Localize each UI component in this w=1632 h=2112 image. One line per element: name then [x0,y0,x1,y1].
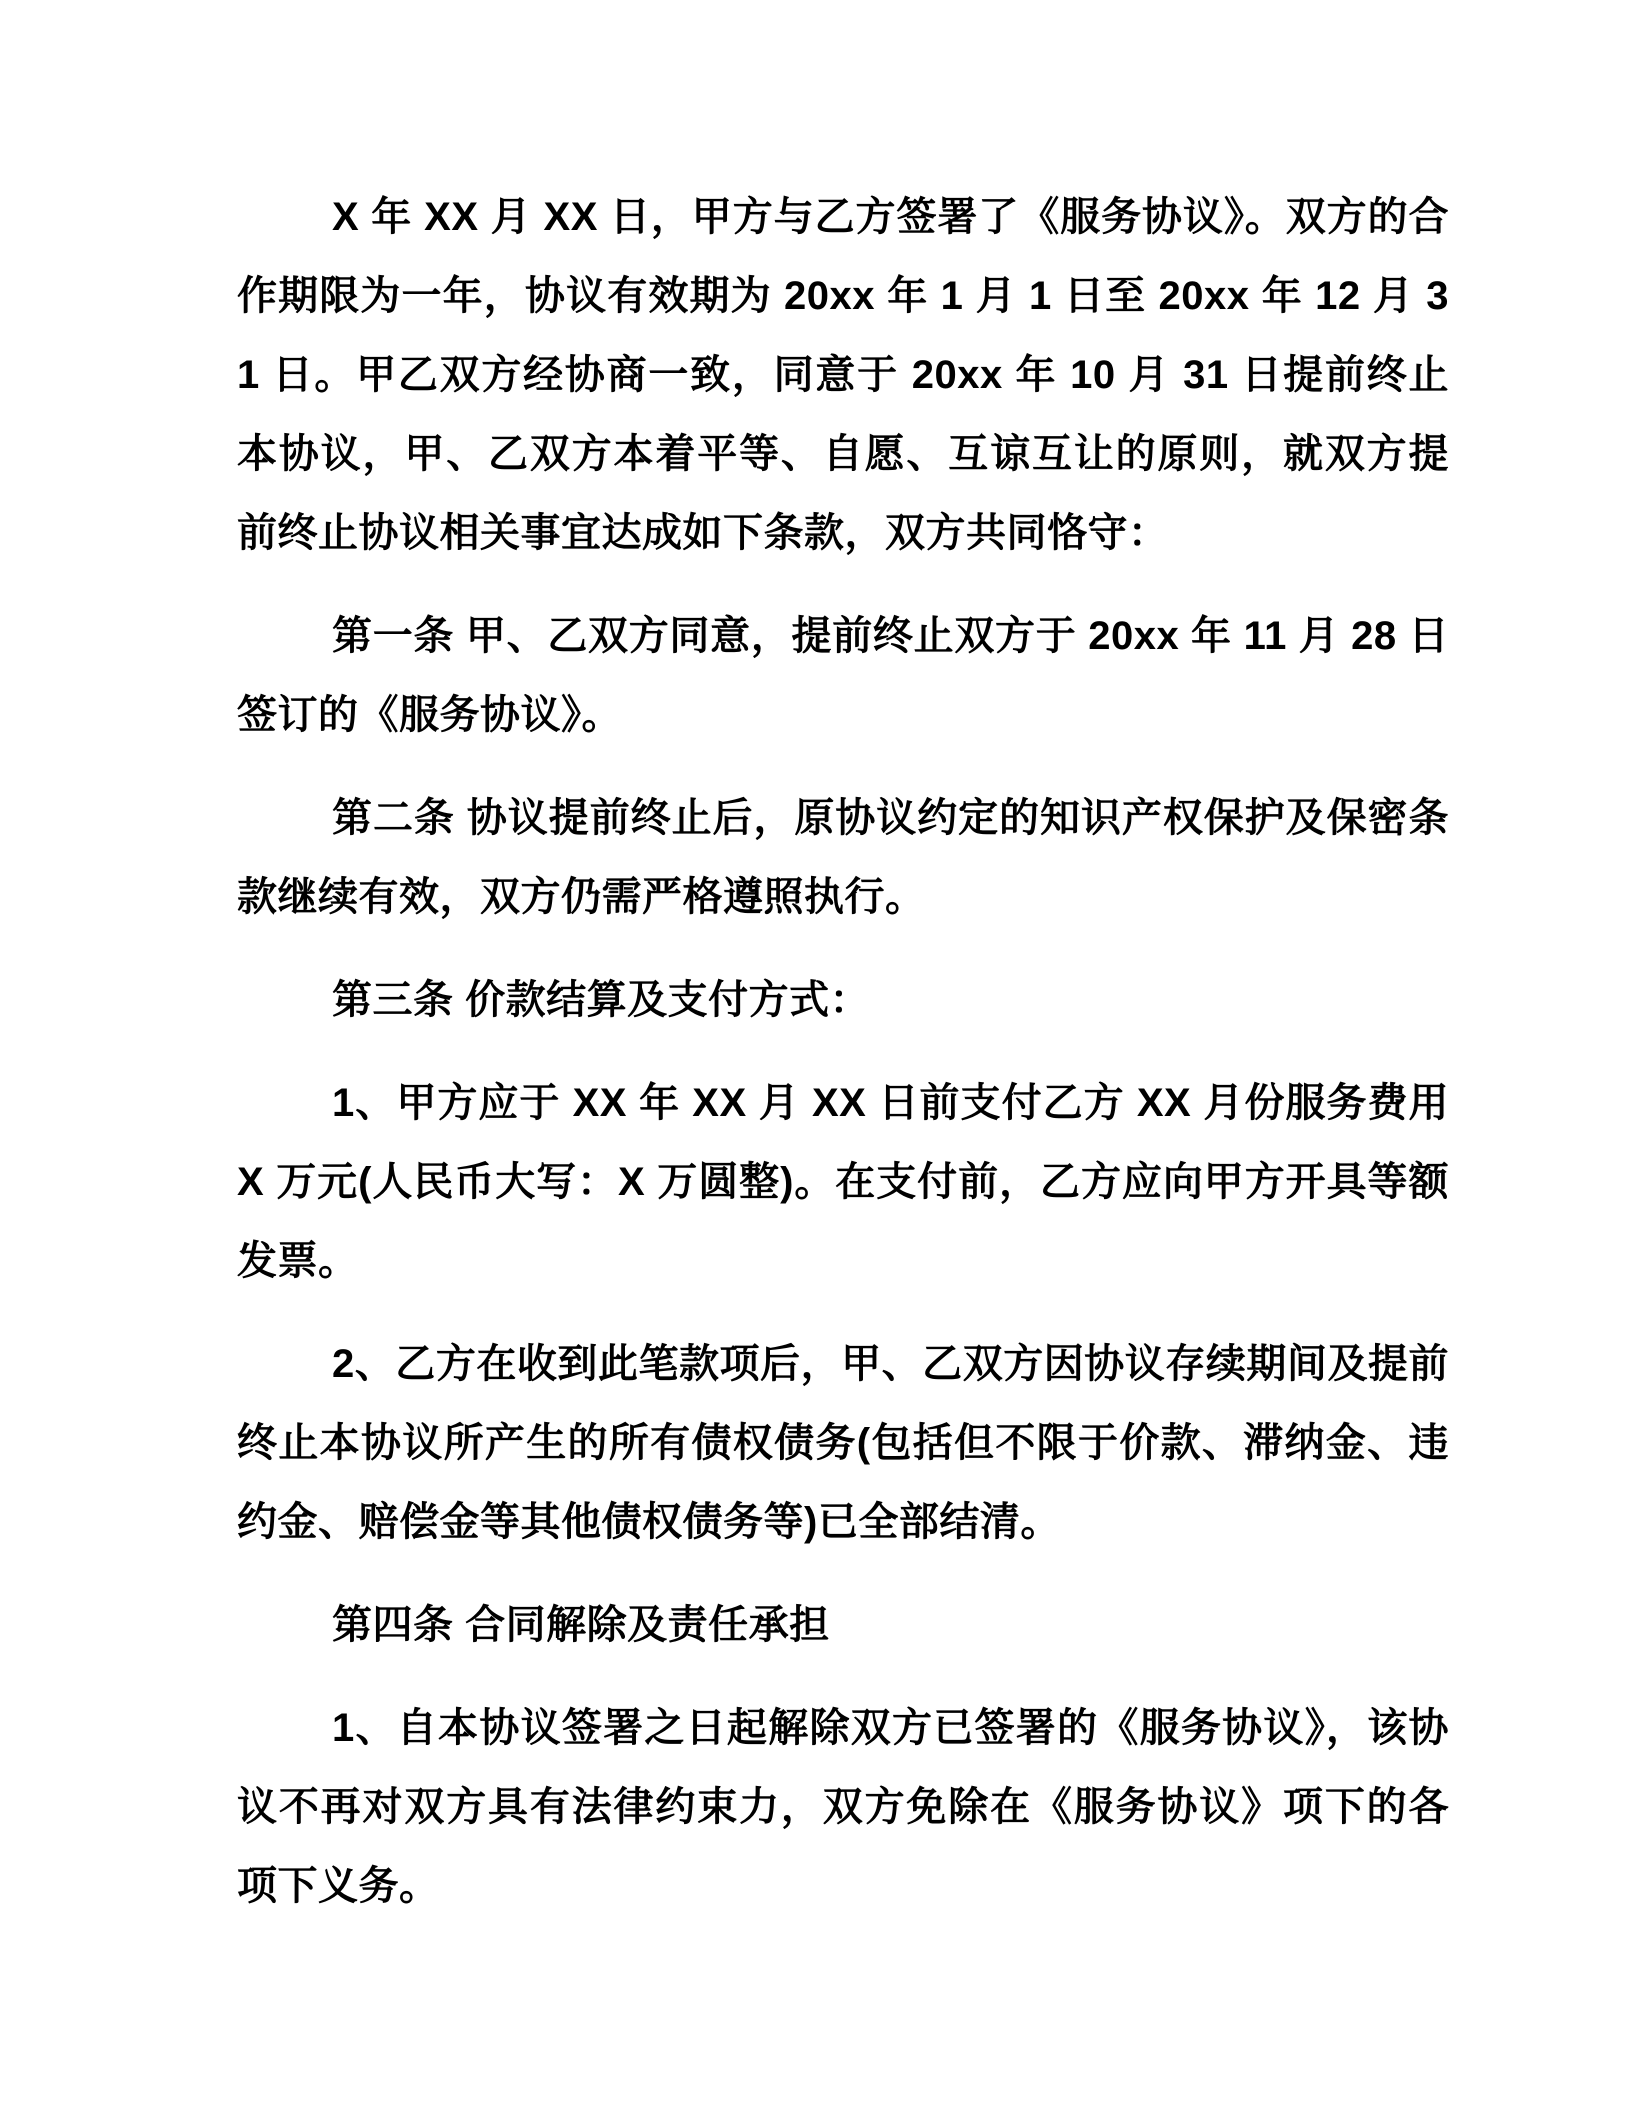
paragraph-clause-4-item-1: 1、自本协议签署之日起解除双方已签署的《服务协议》，该协议不再对双方具有法律约束… [237,1689,1449,1926]
paragraph-clause-3-item-1: 1、甲方应于 XX 年 XX 月 XX 日前支付乙方 XX 月份服务费用 X 万… [237,1064,1449,1301]
paragraph-preamble: X 年 XX 月 XX 日，甲方与乙方签署了《服务协议》。双方的合作期限为一年，… [237,178,1449,573]
paragraph-clause-2: 第二条 协议提前终止后，原协议约定的知识产权保护及保密条款继续有效，双方仍需严格… [237,779,1449,937]
paragraph-clause-4-heading: 第四条 合同解除及责任承担 [237,1586,1449,1665]
paragraph-clause-1: 第一条 甲、乙双方同意，提前终止双方于 20xx 年 11 月 28 日签订的《… [237,597,1449,755]
paragraph-clause-3-heading: 第三条 价款结算及支付方式： [237,961,1449,1040]
paragraph-clause-3-item-2: 2、乙方在收到此笔款项后，甲、乙双方因协议存续期间及提前终止本协议所产生的所有债… [237,1325,1449,1562]
contract-body: X 年 XX 月 XX 日，甲方与乙方签署了《服务协议》。双方的合作期限为一年，… [237,178,1449,1926]
document-page: X 年 XX 月 XX 日，甲方与乙方签署了《服务协议》。双方的合作期限为一年，… [0,0,1632,2112]
